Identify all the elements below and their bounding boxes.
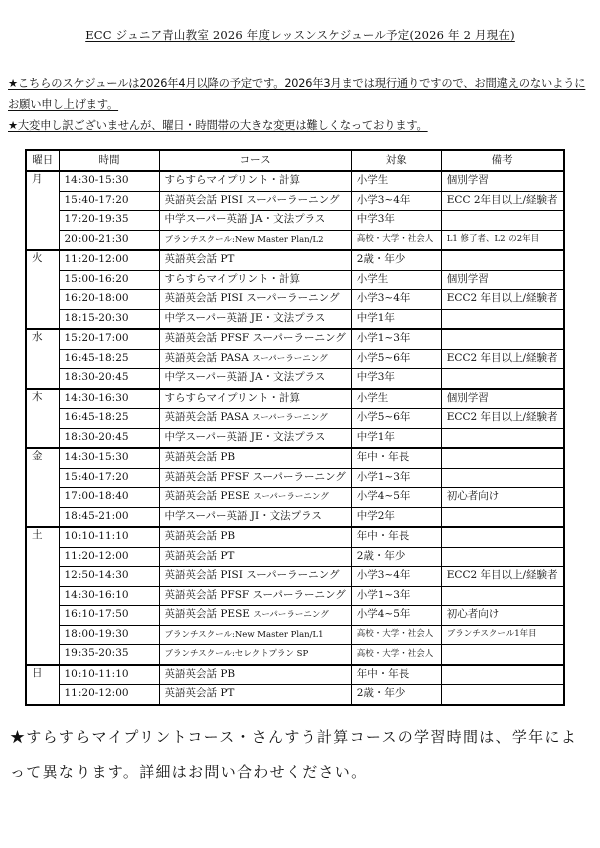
document-page: ECC ジュニア青山教室 2026 年度レッスンスケジュール予定(2026 年 … [0,0,600,848]
target-cell: 小学3~4年 [351,191,441,211]
target-cell: 2歳・年少 [351,547,441,567]
course-text: ブランチスクール:New Master Plan/L2 [165,235,324,245]
note-cell [441,468,563,488]
course-cell: 英語英会話 PISI スーパーラーニング [159,290,351,310]
course-text: 英語英会話 PFSF スーパーラーニング [165,471,346,483]
note-cell [441,665,563,685]
course-cell: すらすらマイプリント・計算 [159,389,351,409]
course-text: ブランチスクール:セレクトプラン SP [165,649,309,659]
target-cell: 年中・年長 [351,527,441,547]
course-cell: 英語英会話 PESE スーパーラーニング [159,606,351,626]
course-cell: 中学スーパー英語 JA・文法プラス [159,369,351,389]
course-cell: 中学スーパー英語 JE・文法プラス [159,309,351,329]
time-cell: 14:30-16:10 [59,586,159,606]
course-text: 中学スーパー英語 JI・文法プラス [165,510,322,522]
target-cell: 小学5~6年 [351,409,441,429]
course-suffix-text: スーパーラーニング [252,413,327,423]
time-cell: 14:30-16:30 [59,389,159,409]
course-text: すらすらマイプリント・計算 [165,174,301,186]
course-cell: 英語英会話 PASA スーパーラーニング [159,349,351,369]
target-cell: 小学1~3年 [351,468,441,488]
note-cell [441,448,563,468]
note-cell [441,645,563,665]
course-cell: 英語英会話 PESE スーパーラーニング [159,488,351,508]
course-text: 英語英会話 PESE [165,490,254,502]
target-cell: 小学1~3年 [351,329,441,349]
target-cell: 小学4~5年 [351,488,441,508]
time-cell: 15:00-16:20 [59,270,159,290]
time-cell: 11:20-12:00 [59,547,159,567]
course-cell: 英語英会話 PFSF スーパーラーニング [159,586,351,606]
note-cell: ECC 2年目以上/経験者 [441,191,563,211]
schedule-row: 15:00-16:20すらすらマイプリント・計算小学生個別学習 [26,270,564,290]
note-cell: ECC2 年目以上/経験者 [441,290,563,310]
course-text: 英語英会話 PFSF スーパーラーニング [165,589,346,601]
schedule-row: 水15:20-17:00英語英会話 PFSF スーパーラーニング小学1~3年 [26,329,564,349]
schedule-row: 19:35-20:35ブランチスクール:セレクトプラン SP高校・大学・社会人 [26,645,564,665]
day-cell: 金 [26,448,59,527]
time-cell: 16:20-18:00 [59,290,159,310]
target-cell: 小学生 [351,270,441,290]
target-cell: 小学生 [351,389,441,409]
note-cell: 初心者向け [441,606,563,626]
note-cell [441,685,563,705]
target-cell: 中学3年 [351,211,441,231]
course-text: 英語英会話 PB [165,530,236,542]
schedule-row: 15:40-17:20英語英会話 PISI スーパーラーニング小学3~4年ECC… [26,191,564,211]
course-text: 中学スーパー英語 JA・文法プラス [165,213,326,225]
schedule-row: 土10:10-11:10英語英会話 PB年中・年長 [26,527,564,547]
schedule-row: 日10:10-11:10英語英会話 PB年中・年長 [26,665,564,685]
course-text: 英語英会話 PB [165,451,236,463]
col-header-course: コース [159,150,351,171]
schedule-row: 金14:30-15:30英語英会話 PB年中・年長 [26,448,564,468]
time-cell: 18:30-20:45 [59,369,159,389]
course-cell: 中学スーパー英語 JI・文法プラス [159,507,351,527]
target-cell: 小学5~6年 [351,349,441,369]
time-cell: 17:00-18:40 [59,488,159,508]
page-title: ECC ジュニア青山教室 2026 年度レッスンスケジュール予定(2026 年 … [0,27,600,43]
course-text: 英語英会話 PFSF スーパーラーニング [165,332,346,344]
schedule-row: 20:00-21:30ブランチスクール:New Master Plan/L2高校… [26,230,564,250]
schedule-row: 火11:20-12:00英語英会話 PT2歳・年少 [26,250,564,270]
time-cell: 11:20-12:00 [59,685,159,705]
note-cell [441,211,563,231]
note-cell: 個別学習 [441,171,563,191]
schedule-row: 18:45-21:00中学スーパー英語 JI・文法プラス中学2年 [26,507,564,527]
time-cell: 18:30-20:45 [59,428,159,448]
course-text: 英語英会話 PT [165,550,235,562]
schedule-row: 16:20-18:00英語英会話 PISI スーパーラーニング小学3~4年ECC… [26,290,564,310]
col-header-remarks: 備考 [441,150,563,171]
note-cell [441,329,563,349]
time-cell: 11:20-12:00 [59,250,159,270]
footer-note: ★すらすらマイプリントコース・さんすう計算コースの学習時間は、学年によって異なり… [10,720,590,790]
schedule-row: 16:45-18:25英語英会話 PASA スーパーラーニング小学5~6年ECC… [26,409,564,429]
target-cell: 中学1年 [351,309,441,329]
course-text: すらすらマイプリント・計算 [165,392,301,404]
course-text: 英語英会話 PISI スーパーラーニング [165,194,340,206]
day-cell: 木 [26,389,59,449]
course-suffix-text: スーパーラーニング [253,492,328,502]
schedule-row: 18:30-20:45中学スーパー英語 JA・文法プラス中学3年 [26,369,564,389]
schedule-table: 曜日 時間 コース 対象 備考 月14:30-15:30すらすらマイプリント・計… [25,149,565,706]
time-cell: 12:50-14:30 [59,567,159,587]
time-cell: 10:10-11:10 [59,665,159,685]
course-cell: 英語英会話 PT [159,685,351,705]
schedule-notes: ★こちらのスケジュールは2026年4月以降の予定です。2026年3月までは現行通… [8,73,592,136]
note-cell: ECC2 年目以上/経験者 [441,349,563,369]
target-cell: 中学3年 [351,369,441,389]
course-cell: ブランチスクール:New Master Plan/L1 [159,625,351,645]
schedule-row: 18:00-19:30ブランチスクール:New Master Plan/L1高校… [26,625,564,645]
course-cell: ブランチスクール:セレクトプラン SP [159,645,351,665]
time-cell: 15:40-17:20 [59,191,159,211]
course-text: ブランチスクール:New Master Plan/L1 [165,630,324,640]
target-cell: 高校・大学・社会人 [351,625,441,645]
time-cell: 14:30-15:30 [59,448,159,468]
schedule-row: 12:50-14:30英語英会話 PISI スーパーラーニング小学3~4年ECC… [26,567,564,587]
course-cell: 英語英会話 PISI スーパーラーニング [159,191,351,211]
note-cell [441,507,563,527]
target-cell: 中学1年 [351,428,441,448]
course-cell: 英語英会話 PASA スーパーラーニング [159,409,351,429]
schedule-row: 16:10-17:50英語英会話 PESE スーパーラーニング小学4~5年初心者… [26,606,564,626]
schedule-row: 木14:30-16:30すらすらマイプリント・計算小学生個別学習 [26,389,564,409]
course-text: 英語英会話 PISI スーパーラーニング [165,292,340,304]
note-cell [441,527,563,547]
target-cell: 小学生 [351,171,441,191]
schedule-row: 14:30-16:10英語英会話 PFSF スーパーラーニング小学1~3年 [26,586,564,606]
note-cell: ECC2 年目以上/経験者 [441,409,563,429]
time-cell: 17:20-19:35 [59,211,159,231]
schedule-row: 16:45-18:25英語英会話 PASA スーパーラーニング小学5~6年ECC… [26,349,564,369]
time-cell: 16:45-18:25 [59,349,159,369]
page-title-text: ECC ジュニア青山教室 2026 年度レッスンスケジュール予定(2026 年 … [85,28,515,42]
day-cell: 火 [26,250,59,329]
col-header-time: 時間 [59,150,159,171]
target-cell: 小学3~4年 [351,567,441,587]
course-cell: 英語英会話 PFSF スーパーラーニング [159,329,351,349]
day-cell: 土 [26,527,59,665]
time-cell: 10:10-11:10 [59,527,159,547]
course-cell: 英語英会話 PISI スーパーラーニング [159,567,351,587]
note-cell: ECC2 年目以上/経験者 [441,567,563,587]
note-line-1: ★こちらのスケジュールは2026年4月以降の予定です。2026年3月までは現行通… [8,73,592,115]
course-cell: ブランチスクール:New Master Plan/L2 [159,230,351,250]
note-cell [441,586,563,606]
course-cell: 英語英会話 PB [159,448,351,468]
schedule-row: 17:20-19:35中学スーパー英語 JA・文法プラス中学3年 [26,211,564,231]
target-cell: 高校・大学・社会人 [351,230,441,250]
time-cell: 16:10-17:50 [59,606,159,626]
course-text: 中学スーパー英語 JE・文法プラス [165,431,326,443]
schedule-row: 18:15-20:30中学スーパー英語 JE・文法プラス中学1年 [26,309,564,329]
schedule-row: 11:20-12:00英語英会話 PT2歳・年少 [26,547,564,567]
note-cell: 初心者向け [441,488,563,508]
target-cell: 年中・年長 [351,665,441,685]
course-text: 英語英会話 PT [165,253,235,265]
schedule-row: 月14:30-15:30すらすらマイプリント・計算小学生個別学習 [26,171,564,191]
time-cell: 19:35-20:35 [59,645,159,665]
time-cell: 14:30-15:30 [59,171,159,191]
course-text: 中学スーパー英語 JA・文法プラス [165,371,326,383]
course-text: 英語英会話 PISI スーパーラーニング [165,569,340,581]
time-cell: 15:20-17:00 [59,329,159,349]
target-cell: 高校・大学・社会人 [351,645,441,665]
note-cell [441,428,563,448]
note-line-2: ★大変申し訳ございませんが、曜日・時間帯の大きな変更は難しくなっております。 [8,115,592,136]
course-text: 中学スーパー英語 JE・文法プラス [165,312,326,324]
target-cell: 小学3~4年 [351,290,441,310]
course-text: 英語英会話 PT [165,687,235,699]
note-cell [441,369,563,389]
day-cell: 月 [26,171,59,250]
note-cell: 個別学習 [441,270,563,290]
course-cell: すらすらマイプリント・計算 [159,171,351,191]
schedule-row: 15:40-17:20英語英会話 PFSF スーパーラーニング小学1~3年 [26,468,564,488]
course-cell: 英語英会話 PB [159,527,351,547]
course-text: 英語英会話 PESE [165,608,254,620]
course-cell: 英語英会話 PT [159,547,351,567]
course-cell: 英語英会話 PFSF スーパーラーニング [159,468,351,488]
course-cell: 英語英会話 PT [159,250,351,270]
day-cell: 日 [26,665,59,705]
note-cell [441,309,563,329]
target-cell: 2歳・年少 [351,685,441,705]
schedule-row: 17:00-18:40英語英会話 PESE スーパーラーニング小学4~5年初心者… [26,488,564,508]
note-cell [441,250,563,270]
note-cell: 個別学習 [441,389,563,409]
target-cell: 小学1~3年 [351,586,441,606]
target-cell: 小学4~5年 [351,606,441,626]
target-cell: 中学2年 [351,507,441,527]
course-suffix-text: スーパーラーニング [252,354,327,364]
course-text: 英語英会話 PB [165,668,236,680]
schedule-row: 11:20-12:00英語英会話 PT2歳・年少 [26,685,564,705]
note-cell: L1 修了者、L2 の2年目 [441,230,563,250]
col-header-day: 曜日 [26,150,59,171]
table-header-row: 曜日 時間 コース 対象 備考 [26,150,564,171]
schedule-table-body: 月14:30-15:30すらすらマイプリント・計算小学生個別学習15:40-17… [26,171,564,705]
time-cell: 18:00-19:30 [59,625,159,645]
course-cell: すらすらマイプリント・計算 [159,270,351,290]
day-cell: 水 [26,329,59,389]
course-cell: 英語英会話 PB [159,665,351,685]
schedule-row: 18:30-20:45中学スーパー英語 JE・文法プラス中学1年 [26,428,564,448]
time-cell: 18:15-20:30 [59,309,159,329]
time-cell: 18:45-21:00 [59,507,159,527]
time-cell: 16:45-18:25 [59,409,159,429]
course-text: 英語英会話 PASA [165,352,253,364]
course-text: 英語英会話 PASA [165,411,253,423]
time-cell: 15:40-17:20 [59,468,159,488]
course-cell: 中学スーパー英語 JE・文法プラス [159,428,351,448]
time-cell: 20:00-21:30 [59,230,159,250]
note-cell [441,547,563,567]
target-cell: 年中・年長 [351,448,441,468]
col-header-target: 対象 [351,150,441,171]
target-cell: 2歳・年少 [351,250,441,270]
note-cell: ブランチスクール1年目 [441,625,563,645]
course-cell: 中学スーパー英語 JA・文法プラス [159,211,351,231]
course-text: すらすらマイプリント・計算 [165,273,301,285]
course-suffix-text: スーパーラーニング [253,610,328,620]
